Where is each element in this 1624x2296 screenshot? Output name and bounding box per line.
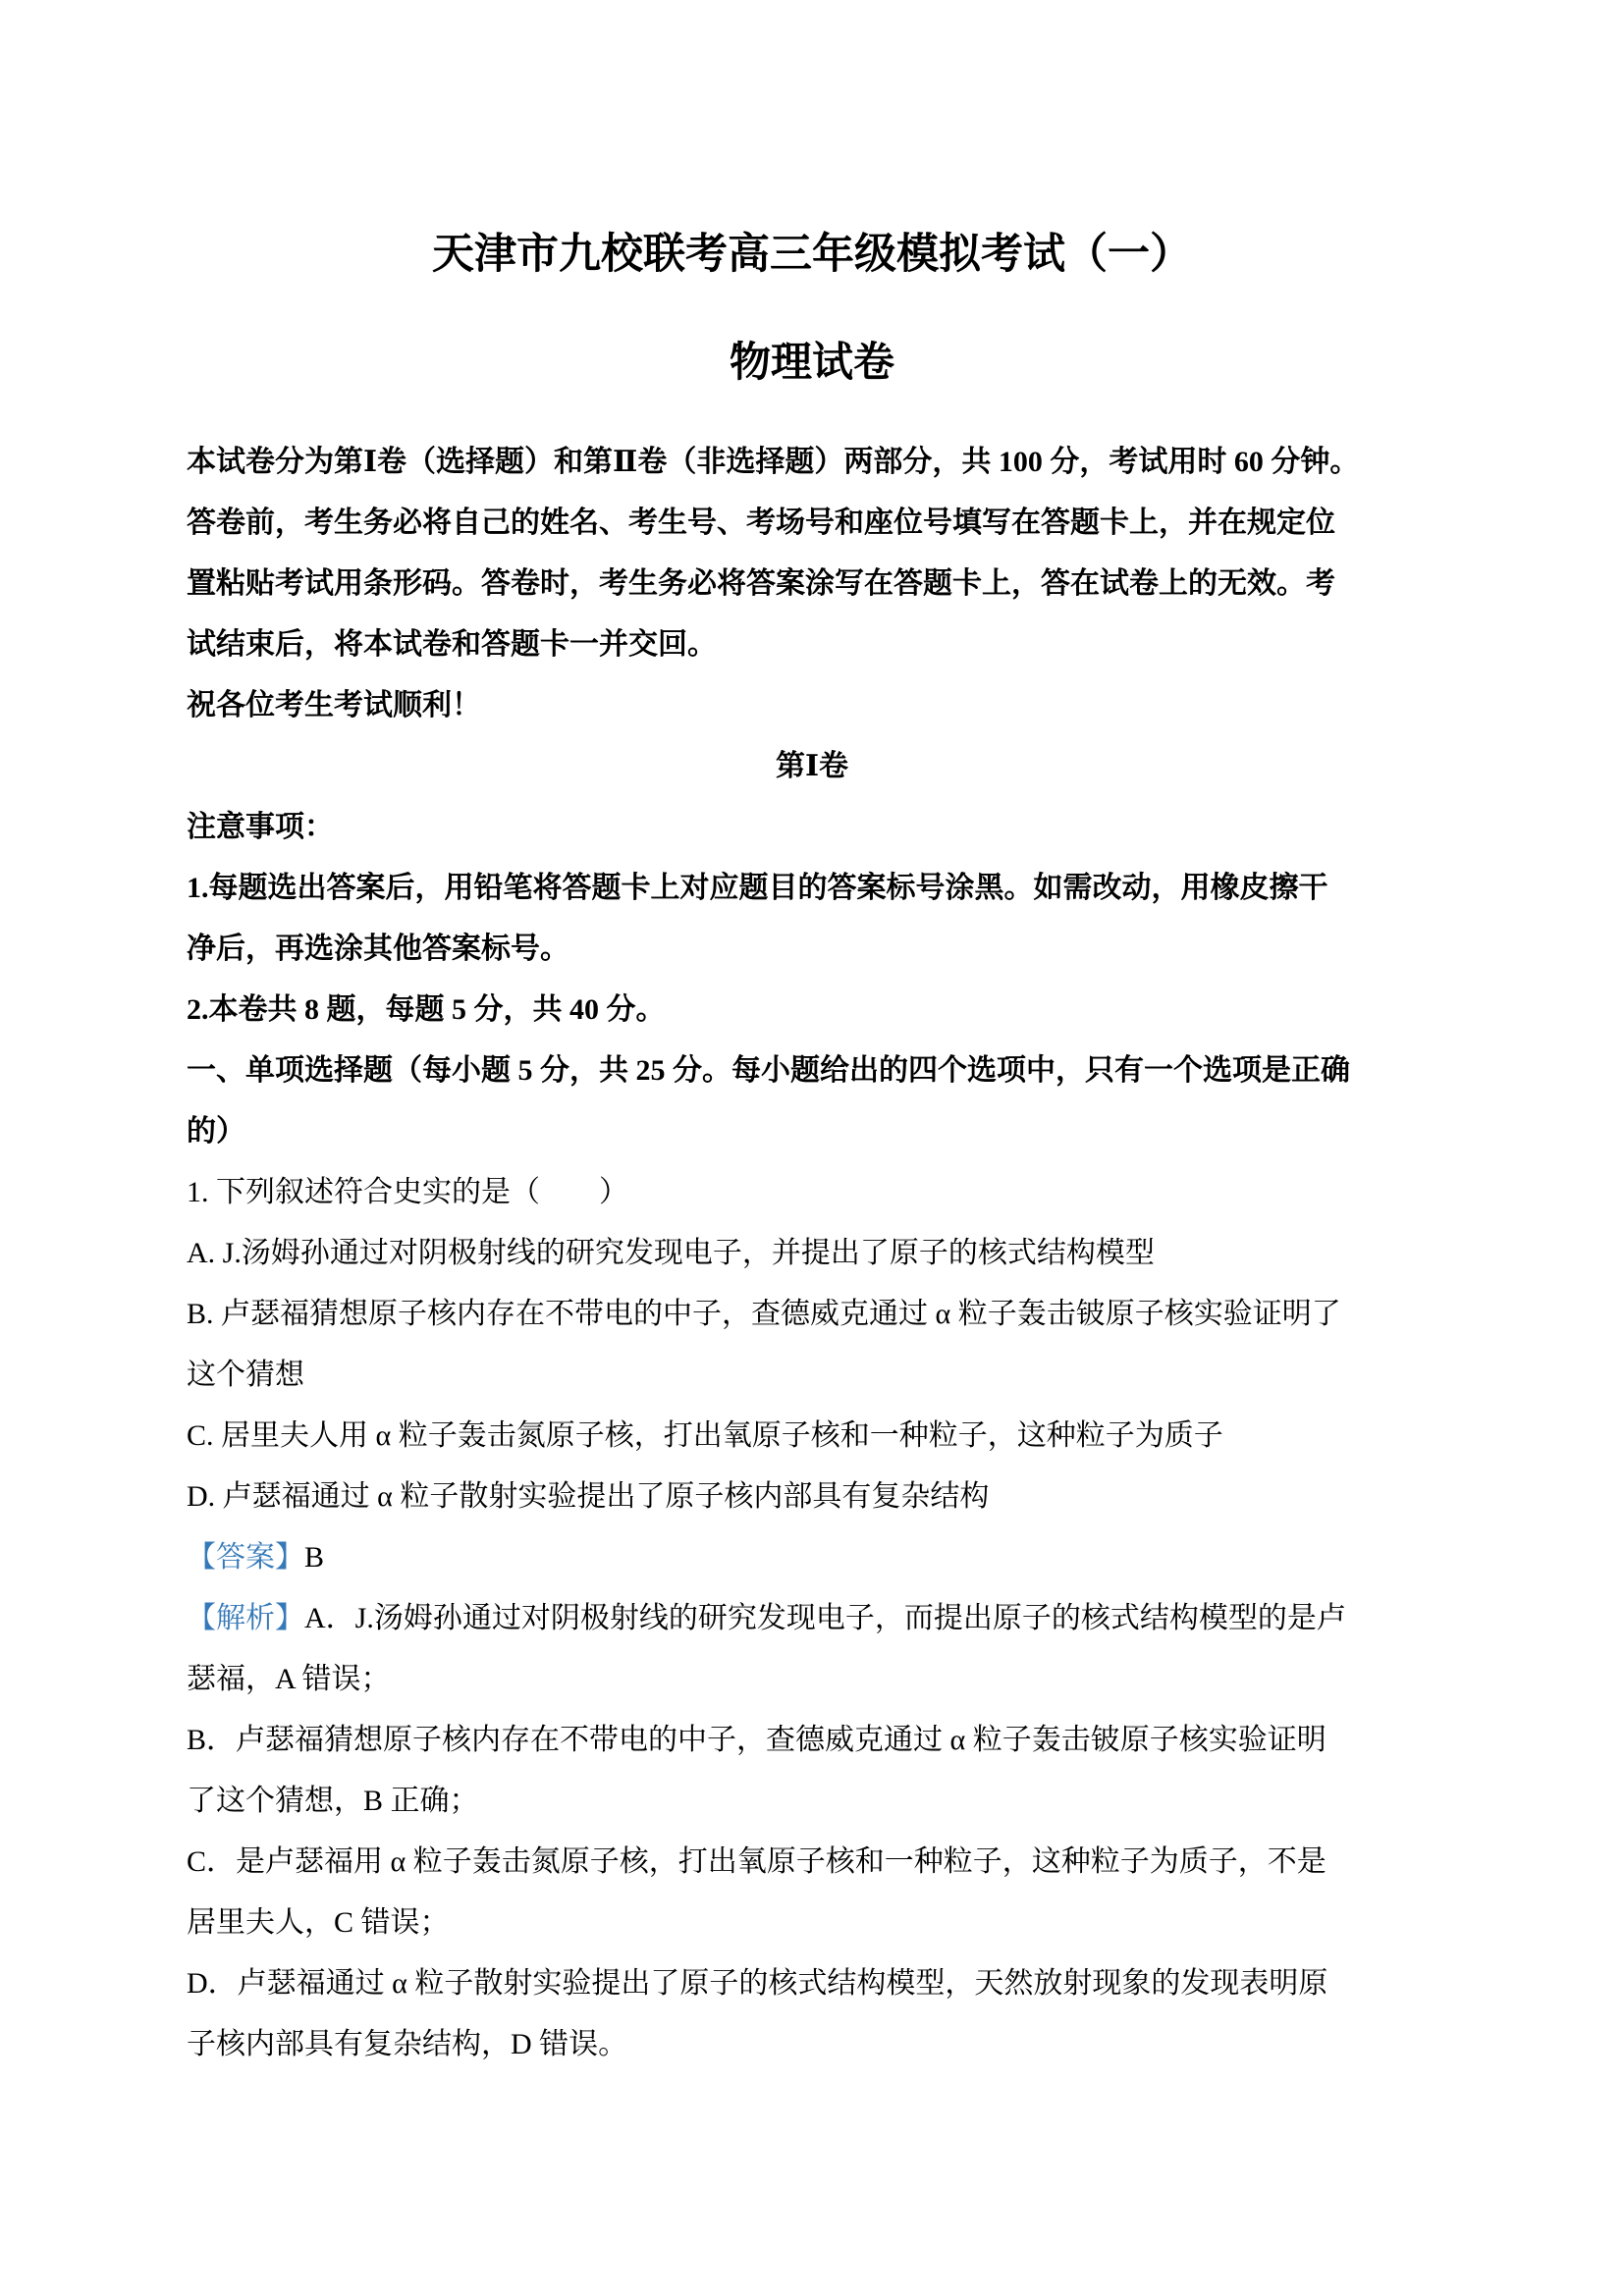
analysis-line: 瑟福，A 错误； — [187, 1649, 1437, 1710]
analysis-line: D．卢瑟福通过 α 粒子散射实验提出了原子的核式结构模型，天然放射现象的发现表明… — [187, 1953, 1437, 2014]
notice-title: 注意事项： — [187, 797, 1437, 858]
question-option-a: A. J.汤姆孙通过对阴极射线的研究发现电子，并提出了原子的核式结构模型 — [187, 1223, 1437, 1284]
part-heading-line: 的） — [187, 1101, 1437, 1162]
preamble-line: 试结束后，将本试卷和答题卡一并交回。 — [187, 614, 1437, 675]
preamble-line: 本试卷分为第Ⅰ卷（选择题）和第Ⅱ卷（非选择题）两部分，共 100 分，考试用时 … — [187, 432, 1437, 493]
answer-line: 【答案】B — [187, 1527, 1437, 1588]
question-option-b-continued: 这个猜想 — [187, 1345, 1437, 1406]
preamble-line: 答卷前，考生务必将自己的姓名、考生号、考场号和座位号填写在答题卡上，并在规定位 — [187, 493, 1437, 554]
question-option-d: D. 卢瑟福通过 α 粒子散射实验提出了原子核内部具有复杂结构 — [187, 1467, 1437, 1527]
analysis-line: 了这个猜想，B 正确； — [187, 1771, 1437, 1832]
exam-document-page: 天津市九校联考高三年级模拟考试（一） 物理试卷 本试卷分为第Ⅰ卷（选择题）和第Ⅱ… — [0, 0, 1624, 2296]
analysis-label: 【解析】 — [187, 1602, 304, 1634]
analysis-line: C．是卢瑟福用 α 粒子轰击氮原子核，打出氧原子核和一种粒子，这种粒子为质子，不… — [187, 1832, 1437, 1893]
question-option-c: C. 居里夫人用 α 粒子轰击氮原子核，打出氧原子核和一种粒子，这种粒子为质子 — [187, 1406, 1437, 1467]
analysis-text: A．J.汤姆孙通过对阴极射线的研究发现电子，而提出原子的核式结构模型的是卢 — [304, 1602, 1346, 1634]
part-heading-line: 一、单项选择题（每小题 5 分，共 25 分。每小题给出的四个选项中，只有一个选… — [187, 1041, 1437, 1101]
analysis-line: 【解析】A．J.汤姆孙通过对阴极射线的研究发现电子，而提出原子的核式结构模型的是… — [187, 1588, 1437, 1649]
notice-line: 1.每题选出答案后，用铅笔将答题卡上对应题目的答案标号涂黑。如需改动，用橡皮擦干 — [187, 858, 1437, 919]
preamble-line: 置粘贴考试用条形码。答卷时，考生务必将答案涂写在答题卡上，答在试卷上的无效。考 — [187, 554, 1437, 614]
question-option-b: B. 卢瑟福猜想原子核内存在不带电的中子，查德威克通过 α 粒子轰击铍原子核实验… — [187, 1284, 1437, 1345]
question-stem: 1. 下列叙述符合史实的是（ ） — [187, 1162, 1437, 1223]
exam-wish-line: 祝各位考生考试顺利！ — [187, 675, 1437, 736]
analysis-line: 子核内部具有复杂结构，D 错误。 — [187, 2014, 1437, 2075]
page-title: 天津市九校联考高三年级模拟考试（一） — [0, 0, 1624, 283]
analysis-line: 居里夫人，C 错误； — [187, 1893, 1437, 1953]
notice-line: 2.本卷共 8 题，每题 5 分，共 40 分。 — [187, 980, 1437, 1041]
answer-value: B — [304, 1541, 324, 1574]
answer-label: 【答案】 — [187, 1541, 304, 1574]
analysis-line: B．卢瑟福猜想原子核内存在不带电的中子，查德威克通过 α 粒子轰击铍原子核实验证… — [187, 1710, 1437, 1771]
notice-line: 净后，再选涂其他答案标号。 — [187, 919, 1437, 980]
section-heading: 第Ⅰ卷 — [187, 736, 1437, 797]
page-subtitle: 物理试卷 — [0, 336, 1624, 391]
